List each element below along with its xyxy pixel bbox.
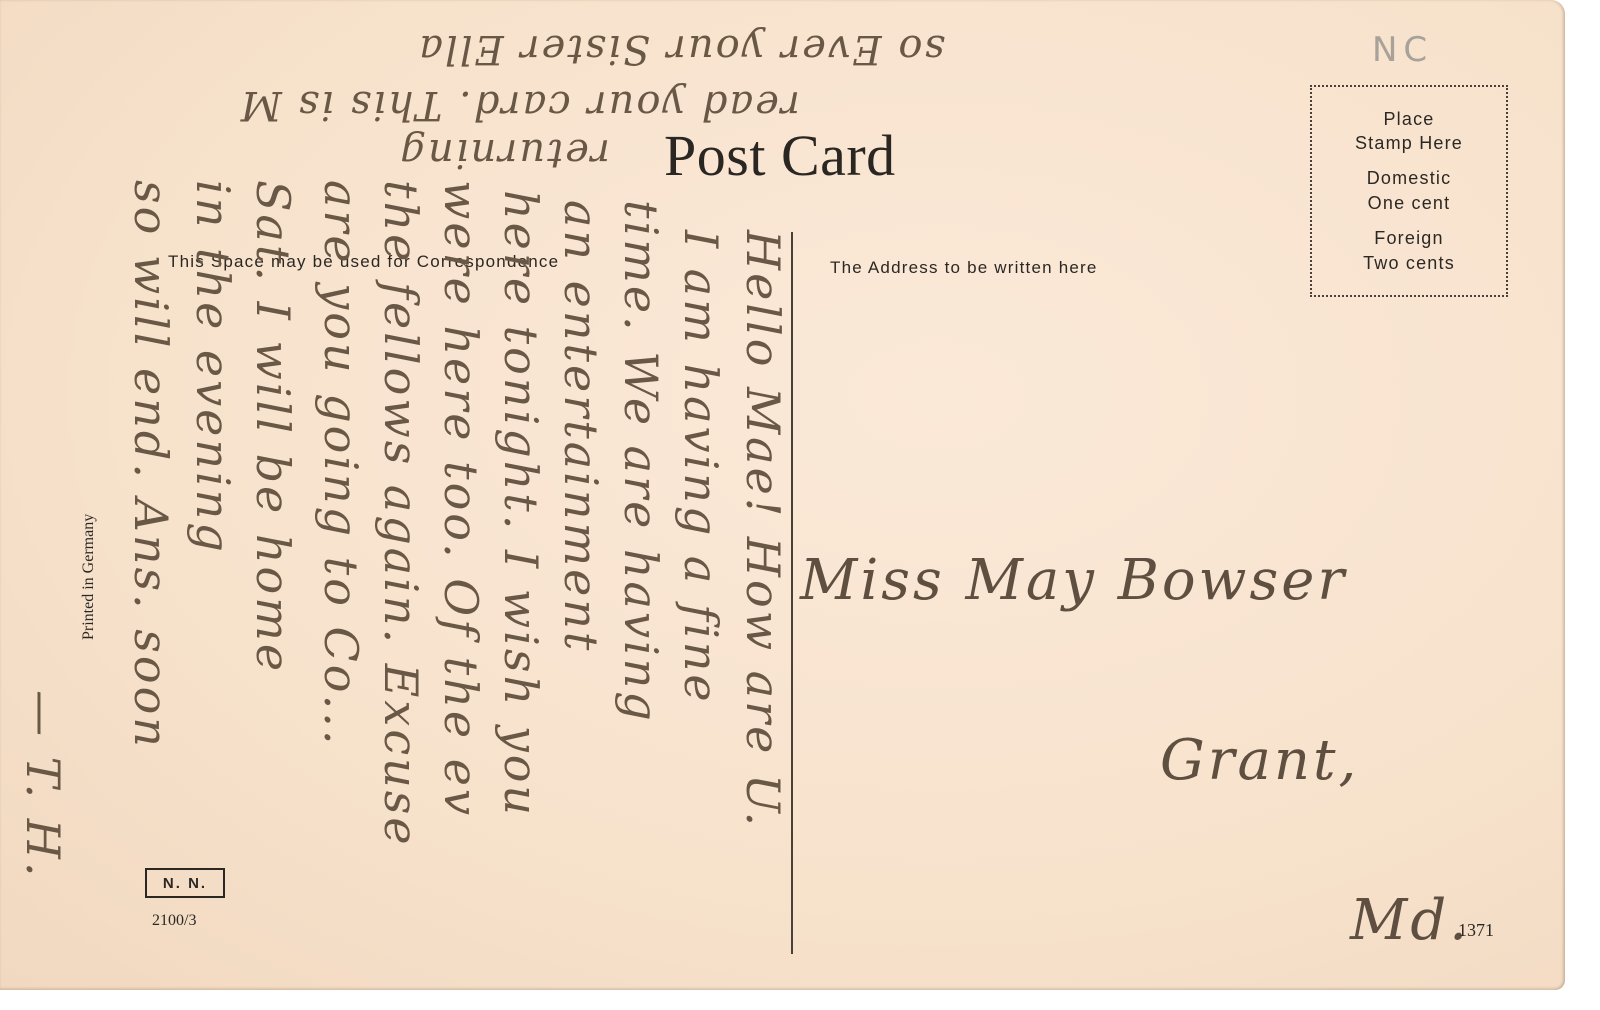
stamp-domestic-rate: Domestic One cent bbox=[1367, 166, 1452, 216]
stamp-box: Place Stamp Here Domestic One cent Forei… bbox=[1310, 85, 1508, 297]
stamp-text: Domestic bbox=[1367, 166, 1452, 191]
address-label: The Address to be written here bbox=[830, 258, 1098, 278]
stamp-instruction: Place Stamp Here bbox=[1355, 107, 1463, 157]
message-line: Hello Mae! How are U. bbox=[736, 230, 790, 829]
stamp-text: One cent bbox=[1367, 191, 1452, 216]
message-top-line: so Ever your Sister Ella bbox=[417, 26, 945, 72]
card-number: 1371 bbox=[1458, 920, 1494, 941]
stamp-text: Place bbox=[1355, 107, 1463, 132]
stamp-text: Stamp Here bbox=[1355, 131, 1463, 156]
message-line: the fellows again. Excuse bbox=[374, 180, 428, 848]
message-line: so will end. Ans. soon bbox=[124, 180, 178, 750]
address-name: Miss May Bowser bbox=[800, 548, 1347, 613]
message-line: here tonight. I wish you bbox=[494, 190, 548, 818]
publisher-mark: N. N. bbox=[145, 868, 225, 898]
stamp-foreign-rate: Foreign Two cents bbox=[1363, 226, 1455, 276]
address-state: Md. bbox=[1350, 888, 1470, 953]
message-line: time. We are having bbox=[614, 200, 668, 724]
printed-in-germany: Printed in Germany bbox=[80, 514, 98, 640]
pencil-note: NC bbox=[1372, 30, 1433, 70]
message-line: are you going to Co... bbox=[314, 180, 368, 748]
postcard: NC so Ever your Sister Ella read your ca… bbox=[0, 0, 1565, 990]
address-town: Grant, bbox=[1160, 728, 1359, 793]
stamp-text: Two cents bbox=[1363, 251, 1455, 276]
message-top-line: returning bbox=[398, 130, 610, 176]
message-line: were here too. Of the ev bbox=[434, 180, 488, 818]
stamp-text: Foreign bbox=[1363, 226, 1455, 251]
series-number: 2100/3 bbox=[152, 912, 196, 930]
postcard-title: Post Card bbox=[664, 122, 896, 189]
message-line: I am having a fine bbox=[674, 230, 728, 705]
message-line: an entertainment bbox=[554, 200, 608, 653]
message-line: in the evening bbox=[186, 180, 240, 555]
message-line: Sat. I will be home bbox=[246, 180, 300, 674]
message-signature: — T. H. bbox=[16, 690, 70, 880]
divider-line bbox=[791, 232, 793, 954]
